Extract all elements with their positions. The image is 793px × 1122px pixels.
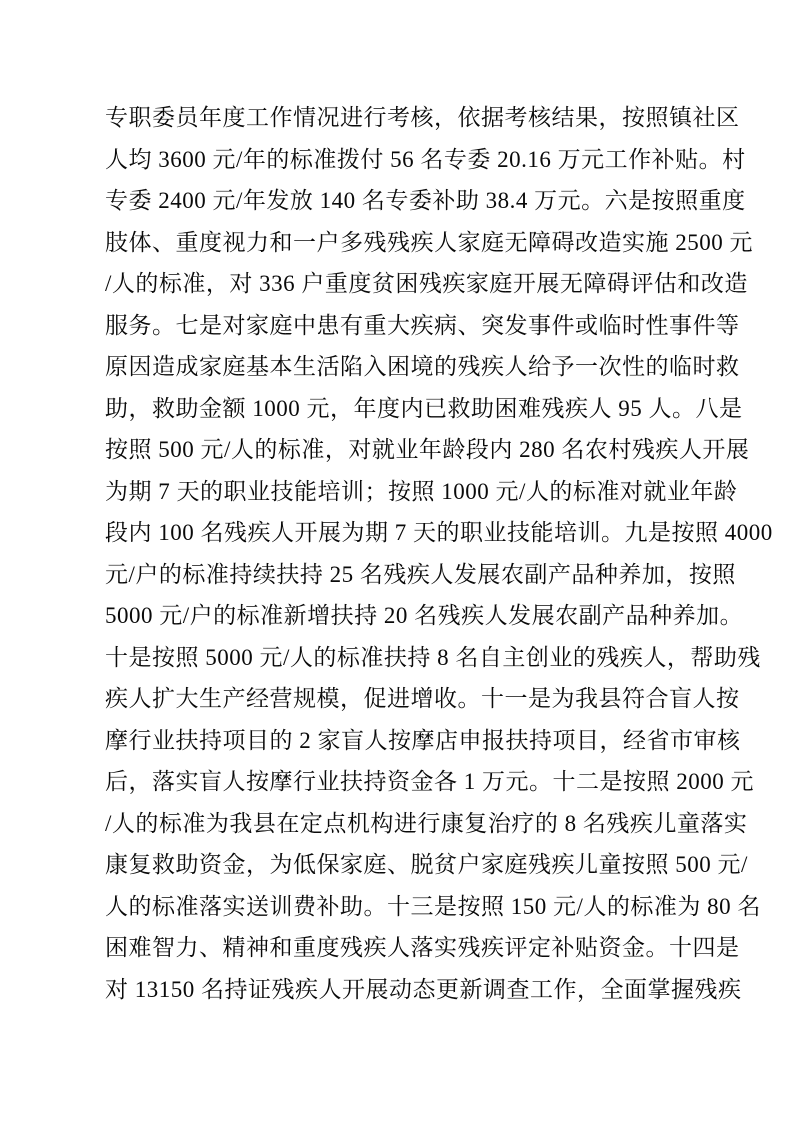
text-line: 段内 100 名残疾人开展为期 7 天的职业技能培训。九是按照 4000 <box>105 512 688 554</box>
text-line: 困难智力、精神和重度残疾人落实残疾评定补贴资金。十四是 <box>105 927 688 969</box>
text-line: 肢体、重度视力和一户多残残疾人家庭无障碍改造实施 2500 元 <box>105 222 688 264</box>
text-line: 后，落实盲人按摩行业扶持资金各 1 万元。十二是按照 2000 元 <box>105 761 688 803</box>
text-line: 摩行业扶持项目的 2 家盲人按摩店申报扶持项目，经省市审核 <box>105 720 688 762</box>
text-line: 5000 元/户的标准新增扶持 20 名残疾人发展农副产品种养加。 <box>105 595 688 637</box>
body-text: 专职委员年度工作情况进行考核，依据考核结果，按照镇社区 人均 3600 元/年的… <box>105 97 688 1010</box>
text-line: /人的标准为我县在定点机构进行康复治疗的 8 名残疾儿童落实 <box>105 803 688 845</box>
text-line: 人的标准落实送训费补助。十三是按照 150 元/人的标准为 80 名 <box>105 886 688 928</box>
text-line: 为期 7 天的职业技能培训；按照 1000 元/人的标准对就业年龄 <box>105 471 688 513</box>
text-line: 元/户的标准持续扶持 25 名残疾人发展农副产品种养加，按照 <box>105 554 688 596</box>
text-line: 对 13150 名持证残疾人开展动态更新调查工作，全面掌握残疾 <box>105 969 688 1011</box>
text-line: 按照 500 元/人的标准，对就业年龄段内 280 名农村残疾人开展 <box>105 429 688 471</box>
text-line: 助，救助金额 1000 元，年度内已救助困难残疾人 95 人。八是 <box>105 388 688 430</box>
text-line: /人的标准，对 336 户重度贫困残疾家庭开展无障碍评估和改造 <box>105 263 688 305</box>
text-line: 疾人扩大生产经营规模，促进增收。十一是为我县符合盲人按 <box>105 678 688 720</box>
text-line: 十是按照 5000 元/人的标准扶持 8 名自主创业的残疾人，帮助残 <box>105 637 688 679</box>
text-line: 专委 2400 元/年发放 140 名专委补助 38.4 万元。六是按照重度 <box>105 180 688 222</box>
text-line: 专职委员年度工作情况进行考核，依据考核结果，按照镇社区 <box>105 97 688 139</box>
text-line: 原因造成家庭基本生活陷入困境的残疾人给予一次性的临时救 <box>105 346 688 388</box>
document-page: 专职委员年度工作情况进行考核，依据考核结果，按照镇社区 人均 3600 元/年的… <box>0 0 793 1122</box>
text-line: 服务。七是对家庭中患有重大疾病、突发事件或临时性事件等 <box>105 305 688 347</box>
text-line: 康复救助资金，为低保家庭、脱贫户家庭残疾儿童按照 500 元/ <box>105 844 688 886</box>
text-line: 人均 3600 元/年的标准拨付 56 名专委 20.16 万元工作补贴。村 <box>105 139 688 181</box>
